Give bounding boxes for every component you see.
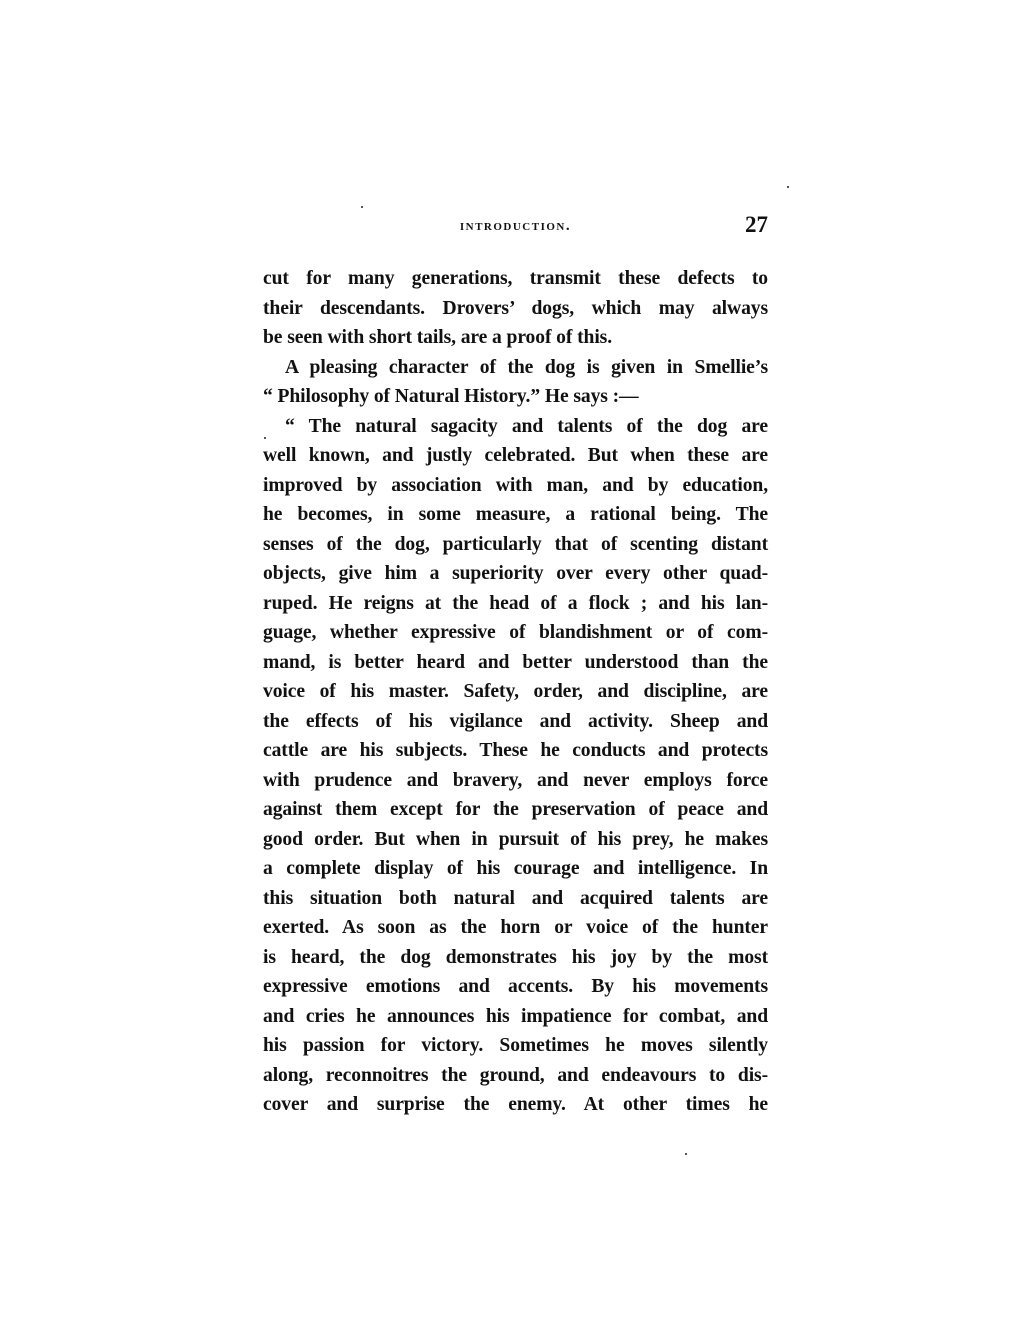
text-line: ruped. He reigns at the head of a flock …	[263, 589, 768, 619]
text-line: the effects of his vigilance and activit…	[263, 707, 768, 737]
text-line: voice of his master. Safety, order, and …	[263, 677, 768, 707]
text-line: is heard, the dog demonstrates his joy b…	[263, 943, 768, 973]
running-title: INTRODUCTION.	[263, 218, 768, 235]
text-line: a complete display of his courage and in…	[263, 854, 768, 884]
text-line: improved by association with man, and by…	[263, 471, 768, 501]
text-line: along, reconnoitres the ground, and ende…	[263, 1061, 768, 1091]
text-line: mand, is better heard and better underst…	[263, 648, 768, 678]
page-number: 27	[745, 212, 768, 238]
book-page: INTRODUCTION. 27 cut for many generation…	[0, 0, 1033, 1339]
text-line: good order. But when in pursuit of his p…	[263, 825, 768, 855]
running-head: INTRODUCTION. 27	[263, 212, 768, 242]
text-line: guage, whether expressive of blandishmen…	[263, 618, 768, 648]
text-line: A pleasing character of the dog is given…	[263, 353, 768, 383]
text-line: “ Philosophy of Natural History.” He say…	[263, 382, 768, 412]
text-line: he becomes, in some measure, a rational …	[263, 500, 768, 530]
text-line: with prudence and bravery, and never emp…	[263, 766, 768, 796]
scan-speck	[361, 206, 363, 208]
text-line: and cries he announces his impatience fo…	[263, 1002, 768, 1032]
text-line: be seen with short tails, are a proof of…	[263, 323, 768, 353]
text-line: exerted. As soon as the horn or voice of…	[263, 913, 768, 943]
scan-speck	[264, 437, 266, 439]
text-line: cattle are his subjects. These he conduc…	[263, 736, 768, 766]
scan-speck	[685, 1153, 687, 1155]
text-line: this situation both natural and acquired…	[263, 884, 768, 914]
text-line: against them except for the preservation…	[263, 795, 768, 825]
text-line: well known, and justly celebrated. But w…	[263, 441, 768, 471]
text-line: his passion for victory. Sometimes he mo…	[263, 1031, 768, 1061]
text-line: expressive emotions and accents. By his …	[263, 972, 768, 1002]
scan-speck	[787, 186, 789, 188]
text-line: senses of the dog, particularly that of …	[263, 530, 768, 560]
text-line: their descendants. Drovers’ dogs, which …	[263, 294, 768, 324]
text-line: objects, give him a superiority over eve…	[263, 559, 768, 589]
text-line: cut for many generations, transmit these…	[263, 264, 768, 294]
text-line: “ The natural sagacity and talents of th…	[263, 412, 768, 442]
text-line: cover and surprise the enemy. At other t…	[263, 1090, 768, 1120]
